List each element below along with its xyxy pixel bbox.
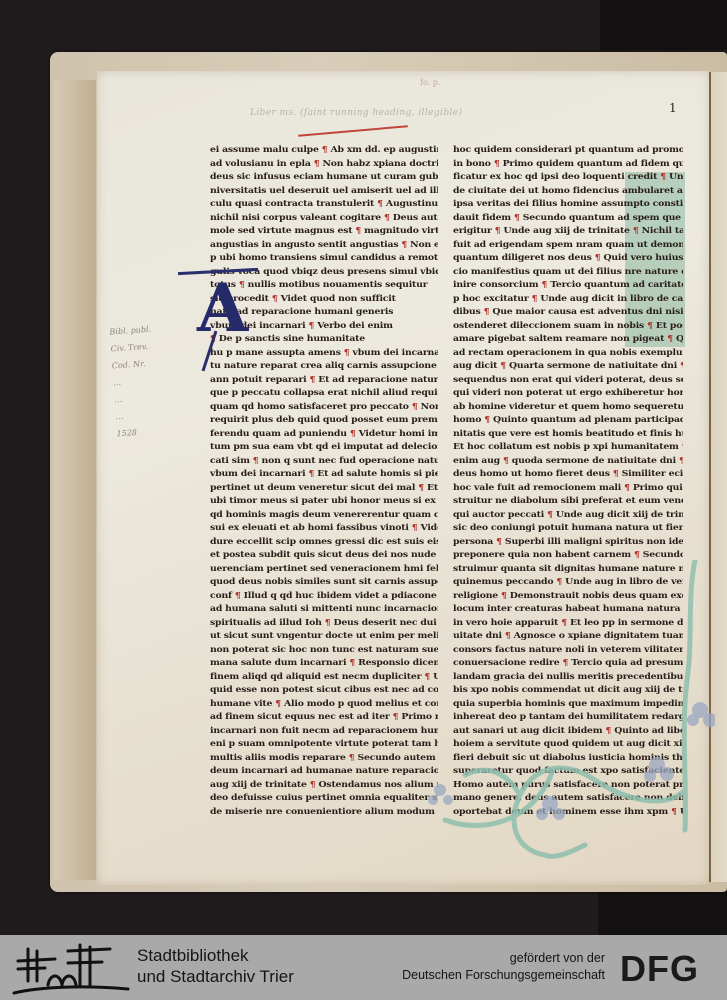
text-line: que p peccatu collapsa erat nichil aliud… xyxy=(210,387,438,399)
text-line: sui ex eleuati et ab homi fassibus vinot… xyxy=(210,522,438,534)
trier-library-logo-icon xyxy=(10,941,130,995)
text-line: cio manifestius quam ut dei filius nre n… xyxy=(453,265,683,277)
marginal-note-line: 1528 xyxy=(116,422,159,442)
text-line: mole sed virtute magnus est ¶ magnitudo … xyxy=(210,225,438,237)
text-line: persona ¶ Superbi illi maligni spiritus … xyxy=(453,535,683,547)
text-line: struitur ne diabolum sibi preferat et eu… xyxy=(453,495,683,507)
text-line: incarnari non fuit necm ad reparacionem … xyxy=(210,724,438,736)
text-line: quantum diligeret nos deus ¶ Quid vero h… xyxy=(453,252,683,264)
text-line: amare pigebat saltem reamare non pigeat … xyxy=(453,333,683,345)
text-line: humane vite ¶ Alio modo p quod melius et… xyxy=(210,697,438,709)
text-line: tum pm sua eam vbt qd ei imputat ad dele… xyxy=(210,441,438,453)
text-line: non poterat sic hoc non tunc est naturam… xyxy=(210,643,438,655)
text-line: uerenciam pertinet sed veneracionem hmi … xyxy=(210,562,438,574)
text-line: fuit ad erigendam spem nram quam ut demo… xyxy=(453,238,683,250)
text-line: hu p mane assupta amens ¶ vbum dei incar… xyxy=(210,346,438,358)
text-line: dibus ¶ Que maior causa est adventus dni… xyxy=(453,306,683,318)
book-cover-turn-in xyxy=(54,80,96,880)
running-heading: Liber ms. (faint running heading, illegi… xyxy=(250,108,680,118)
funding-line-2: Deutschen Forschungsgemeinschaft xyxy=(402,967,605,984)
text-line: p ubi homo transiens simul candidus a re… xyxy=(210,252,438,264)
text-line: angustias in angusto sentit angustias ¶ … xyxy=(210,238,438,250)
marginal-note-line: Civ. Trev. xyxy=(110,338,153,358)
funding-statement: gefördert von der Deutschen Forschungsge… xyxy=(402,950,605,984)
text-line: cati sim ¶ non q sunt nec fud operacione… xyxy=(210,454,438,466)
text-line: enim aug ¶ quoda sermone de natiuitate d… xyxy=(453,454,683,466)
text-line: et postea subdit quis sicut deus dei nos… xyxy=(210,549,438,561)
text-line: ostenderet dileccionem suam in nobis ¶ E… xyxy=(453,319,683,331)
marginal-note: Bibl. publ.Civ. Trev.Cod. Nr.………1528 xyxy=(109,321,159,443)
text-line: pertinet ut deum veneretur sicut dei mal… xyxy=(210,481,438,493)
text-line: quam qd homo satisfaceret pro peccato ¶ … xyxy=(210,400,438,412)
text-line: ficatur ex hoc qd ipsi deo loquenti cred… xyxy=(453,171,683,183)
text-line: homo ¶ Quinto quantum ad plenam particip… xyxy=(453,414,683,426)
text-line: qui auctor peccati ¶ Unde aug dicit xiij… xyxy=(453,508,683,520)
text-line: hoc quidem considerari pt quantum ad pro… xyxy=(453,144,683,156)
text-line: niversitatis uel deseruit uel amiserit u… xyxy=(210,184,438,196)
text-line: dauit fidem ¶ Secundo quantum ad spem qu… xyxy=(453,211,683,223)
text-line: Et hoc collatum est nobis p xpi humanita… xyxy=(453,441,683,453)
text-line: mana salute dum incarnari ¶ Responsio di… xyxy=(210,657,438,669)
text-line: dure eccellit scip omnes gressi dic est … xyxy=(210,535,438,547)
text-line: ferendu quam ad puniendu ¶ Videtur homi … xyxy=(210,427,438,439)
text-line: tu nature reparat crea aliq carnis assup… xyxy=(210,360,438,372)
text-line: ad finem sicut equus nec est ad iter ¶ P… xyxy=(210,711,438,723)
text-line: deo defuisse cuius pertinet omnia equali… xyxy=(210,792,438,804)
text-line: nitatis que vere est homis beatitudo et … xyxy=(453,427,683,439)
scan-shadow xyxy=(598,890,727,935)
text-line: sequendus non erat qui videri poterat, d… xyxy=(453,373,683,385)
text-line: ad humana saluti si mittenti nunc incarn… xyxy=(210,603,438,615)
text-line: deus sic infusus eciam humane ut curam g… xyxy=(210,171,438,183)
text-line: ipsa veritas dei filius homine assumpto … xyxy=(453,198,683,210)
text-line: de ciuitate dei ut homo fidencius ambula… xyxy=(453,184,683,196)
institution-name: Stadtbibliothek und Stadtarchiv Trier xyxy=(137,945,294,987)
text-line: hoc vale fuit ad remocionem mali ¶ Primo… xyxy=(453,481,683,493)
text-line: qui videri non poterat ut ergo exhiberet… xyxy=(453,387,683,399)
text-line: aug dicit ¶ Quarta sermone de natiuitate… xyxy=(453,360,683,372)
text-line: aug xiij de trinitate ¶ Ostendamus nos a… xyxy=(210,778,438,790)
text-line: sic deo coniungi potuit humana natura ut… xyxy=(453,522,683,534)
text-line: in bono ¶ Primo quidem quantum ad fidem … xyxy=(453,157,683,169)
folio-number: 1 xyxy=(669,101,677,115)
text-line: quid esse non potest sicut cibus est nec… xyxy=(210,684,438,696)
decorated-initial: A xyxy=(197,275,259,347)
text-line: ei assume malu culpe ¶ Ab xm dd. ep augu… xyxy=(210,144,438,156)
text-line: conf ¶ Illud q qd huc ibidem videt a pdi… xyxy=(210,589,438,601)
text-line: ab homine videretur et quem homo sequere… xyxy=(453,400,683,412)
text-line: inire consorcium ¶ Tercio quantum ad car… xyxy=(453,279,683,291)
text-line: ann potuit reparari ¶ Et ad reparacione … xyxy=(210,373,438,385)
text-line: qd hominis magis deum venererentur quam … xyxy=(210,508,438,520)
funding-line-1: gefördert von der xyxy=(402,950,605,967)
text-line: vbum dei incarnari ¶ Et ad salute homis … xyxy=(210,468,438,480)
dfg-logo: DFG xyxy=(620,949,699,989)
text-line: p hoc excitatur ¶ Unde aug dicit in libr… xyxy=(453,292,683,304)
scan-shadow xyxy=(600,0,727,50)
text-line: ad volusianu in epla ¶ Non habz xpiana d… xyxy=(210,157,438,169)
text-column-left: ei assume malu culpe ¶ Ab xm dd. ep augu… xyxy=(210,143,438,818)
text-line: ubi timor meus si pater ubi honor meus s… xyxy=(210,495,438,507)
text-line: finem aliqd qd aliquid est necm duplicit… xyxy=(210,670,438,682)
text-line: erigitur ¶ Unde aug xiij de trinitate ¶ … xyxy=(453,225,683,237)
text-line: multis aliis modis reparare ¶ Secundo au… xyxy=(210,751,438,763)
text-line: nichil nisi corpus valeant cogitare ¶ De… xyxy=(210,211,438,223)
institution-line-1: Stadtbibliothek xyxy=(137,945,294,966)
text-line: culu quasi contracta transtulerit ¶ Augu… xyxy=(210,198,438,210)
text-line: requirit plus deb quid quod posset eum p… xyxy=(210,414,438,426)
top-note: fo. p. xyxy=(420,78,440,87)
text-line: quod deus nobis similes sunt sit carnis … xyxy=(210,576,438,588)
text-line: ad rectam operacionem in qua nobis exemp… xyxy=(453,346,683,358)
text-line: de miserie nre conuenientiore alium modu… xyxy=(210,805,438,817)
text-line: deus homo ut homo fieret deus ¶ Similite… xyxy=(453,468,683,480)
text-line: ut sicut sunt vngentur docte ut enim per… xyxy=(210,630,438,642)
text-line: deum incarnari ad humanae nature reparac… xyxy=(210,765,438,777)
text-line: spiritualis ad illud Ioh ¶ Deus deserit … xyxy=(210,616,438,628)
institution-line-2: und Stadtarchiv Trier xyxy=(137,966,294,987)
vine-border-icon xyxy=(425,560,715,880)
text-line: eni p suam omnipotente virtute poterat t… xyxy=(210,738,438,750)
